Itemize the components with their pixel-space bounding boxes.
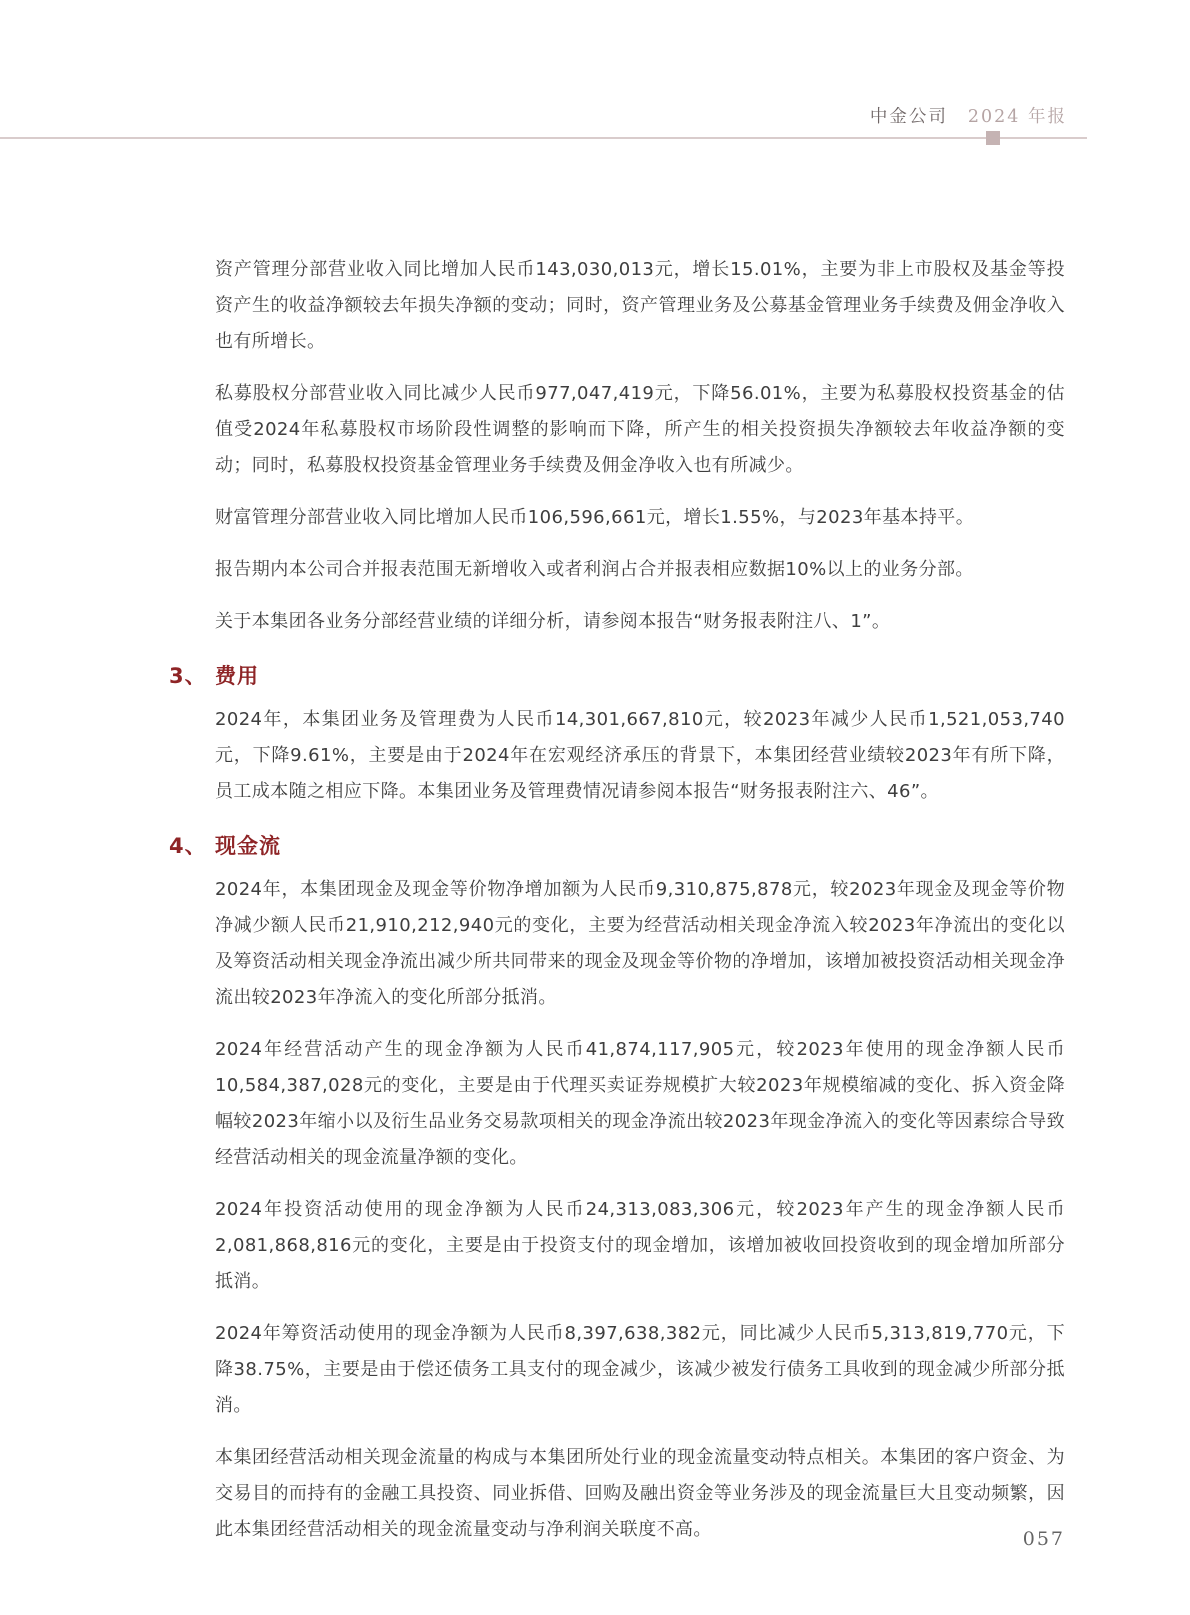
paragraph-investing-cash: 2024年投资活动使用的现金净额为人民币24,313,083,306元，较202…: [215, 1192, 1065, 1300]
divider-square-marker: [986, 131, 1000, 145]
section-cash-flow: 4、现金流 2024年，本集团现金及现金等价物净增加额为人民币9,310,875…: [215, 830, 1065, 1548]
section-title: 费用: [215, 664, 259, 688]
page-number: 057: [1023, 1528, 1065, 1550]
company-name: 中金公司: [870, 107, 948, 127]
paragraph-operating-cash: 2024年经营活动产生的现金净额为人民币41,874,117,905元，较202…: [215, 1032, 1065, 1176]
report-year-label: 2024 年报: [968, 107, 1067, 127]
running-header: 中金公司2024 年报: [870, 103, 1067, 128]
paragraph-cash-net-increase: 2024年，本集团现金及现金等价物净增加额为人民币9,310,875,878元，…: [215, 872, 1065, 1016]
paragraph-expenses: 2024年，本集团业务及管理费为人民币14,301,667,810元，较2023…: [215, 702, 1065, 810]
section-expenses-heading: 3、费用: [215, 660, 1065, 692]
paragraph-financing-cash: 2024年筹资活动使用的现金净额为人民币8,397,638,382元，同比减少人…: [215, 1316, 1065, 1424]
section-expenses: 3、费用 2024年，本集团业务及管理费为人民币14,301,667,810元，…: [215, 660, 1065, 810]
paragraph-segment-analysis-ref: 关于本集团各业务分部经营业绩的详细分析，请参阅本报告“财务报表附注八、1”。: [215, 604, 1065, 640]
header-divider: [0, 137, 1087, 139]
paragraph-asset-management: 资产管理分部营业收入同比增加人民币143,030,013元，增长15.01%，主…: [215, 252, 1065, 360]
report-page: 中金公司2024 年报 资产管理分部营业收入同比增加人民币143,030,013…: [0, 0, 1190, 1615]
page-content: 资产管理分部营业收入同比增加人民币143,030,013元，增长15.01%，主…: [215, 252, 1065, 1564]
section-title: 现金流: [215, 834, 281, 858]
paragraph-reporting-scope: 报告期内本公司合并报表范围无新增收入或者利润占合并报表相应数据10%以上的业务分…: [215, 552, 1065, 588]
section-cash-flow-heading: 4、现金流: [215, 830, 1065, 862]
section-number: 4、: [169, 830, 207, 862]
paragraph-private-equity: 私募股权分部营业收入同比减少人民币977,047,419元，下降56.01%，主…: [215, 376, 1065, 484]
paragraph-wealth-management: 财富管理分部营业收入同比增加人民币106,596,661元，增长1.55%，与2…: [215, 500, 1065, 536]
section-number: 3、: [169, 660, 207, 692]
paragraph-cash-flow-composition: 本集团经营活动相关现金流量的构成与本集团所处行业的现金流量变动特点相关。本集团的…: [215, 1440, 1065, 1548]
